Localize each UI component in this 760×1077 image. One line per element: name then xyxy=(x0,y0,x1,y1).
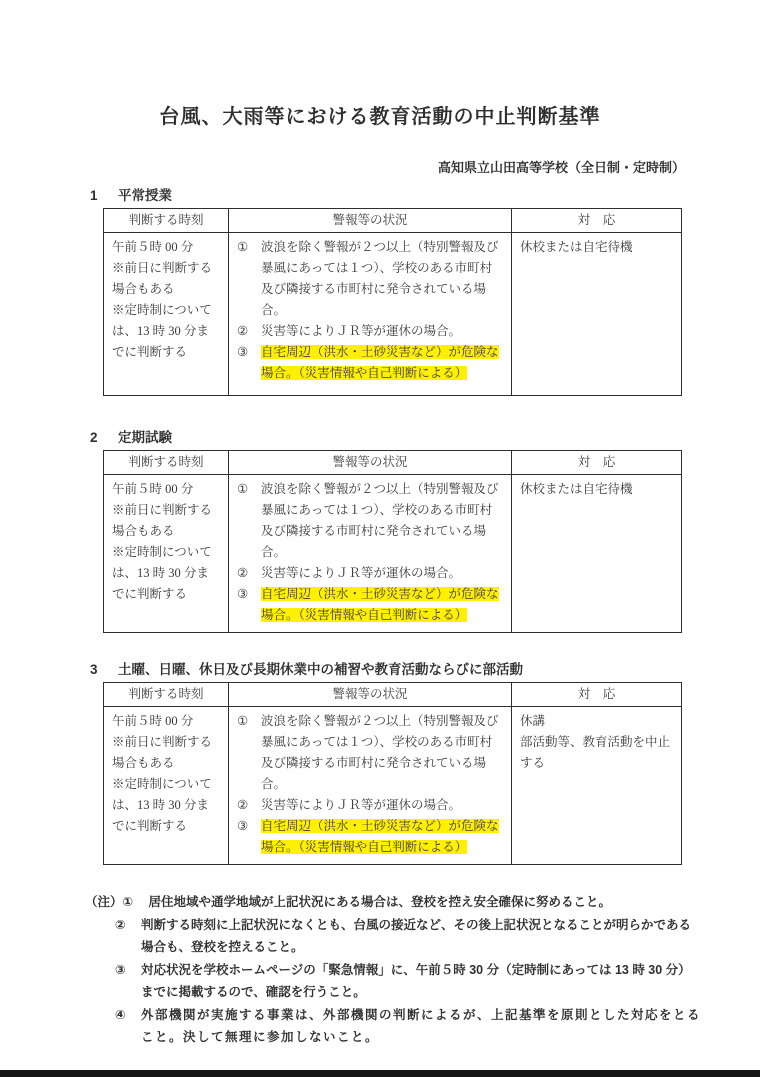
condition-item-highlighted: ③ 自宅周辺（洪水・土砂災害など）が危険な場合。（災害情報や自己判断による） xyxy=(237,342,503,384)
note-item: ③ 対応状況を学校ホームページの「緊急情報」に、午前５時 30 分（定時制にあっ… xyxy=(85,959,703,1004)
condition-number: ① xyxy=(237,711,261,795)
col-header-warning-status: 警報等の状況 xyxy=(229,209,512,233)
rules-table-holiday-activities: 判断する時刻 警報等の状況 対 応 午前５時 00 分 ※前日に判断する場合もあ… xyxy=(103,682,682,865)
condition-item: ② 災害等によりＪＲ等が運休の場合。 xyxy=(237,321,503,342)
condition-number: ① xyxy=(237,479,261,563)
col-header-response: 対 応 xyxy=(512,209,682,233)
note-item: ④ 外部機関が実施する事業は、外部機関の判断によるが、上記基準を原則とした対応を… xyxy=(85,1004,703,1049)
condition-number: ③ xyxy=(237,816,261,858)
condition-number: ② xyxy=(237,563,261,584)
condition-item: ① 波浪を除く警報が２つ以上（特別警報及び暴風にあっては１つ）、学校のある市町村… xyxy=(237,479,503,563)
section-number: 2 xyxy=(90,430,118,445)
condition-text: 災害等によりＪＲ等が運休の場合。 xyxy=(261,563,503,584)
note-text: 居住地域や通学地域が上記状況にある場合は、登校を控え安全確保に努めること。 xyxy=(149,891,703,914)
time-line: ※前日に判断する場合もある xyxy=(112,500,220,542)
note-text: 判断する時刻に上記状況になくとも、台風の接近など、その後上記状況となることが明ら… xyxy=(141,914,703,959)
rules-table-periodic-exams: 判断する時刻 警報等の状況 対 応 午前５時 00 分 ※前日に判断する場合もあ… xyxy=(103,450,682,633)
section-periodic-exams: 2定期試験 判断する時刻 警報等の状況 対 応 午前５時 00 分 ※前日に判断… xyxy=(0,426,760,633)
col-header-decision-time: 判断する時刻 xyxy=(104,451,229,475)
notes-label-spacer xyxy=(85,914,115,959)
table-body-row: 午前５時 00 分 ※前日に判断する場合もある ※定時制については、13 時 3… xyxy=(104,233,682,396)
response-cell: 休校または自宅待機 xyxy=(512,233,682,396)
col-header-response: 対 応 xyxy=(512,451,682,475)
condition-number: ③ xyxy=(237,584,261,626)
note-number: ④ xyxy=(115,1004,141,1049)
time-line: ※前日に判断する場合もある xyxy=(112,732,220,774)
section-title: 定期試験 xyxy=(118,430,172,445)
table-header-row: 判断する時刻 警報等の状況 対 応 xyxy=(104,683,682,707)
response-line: 休講 xyxy=(520,711,673,732)
notes-label-spacer xyxy=(85,959,115,1004)
col-header-warning-status: 警報等の状況 xyxy=(229,451,512,475)
condition-item: ① 波浪を除く警報が２つ以上（特別警報及び暴風にあっては１つ）、学校のある市町村… xyxy=(237,711,503,795)
col-header-decision-time: 判断する時刻 xyxy=(104,209,229,233)
note-item: （注） ① 居住地域や通学地域が上記状況にある場合は、登校を控え安全確保に努める… xyxy=(85,891,703,914)
time-line: 午前５時 00 分 xyxy=(112,237,220,258)
condition-text: 波浪を除く警報が２つ以上（特別警報及び暴風にあっては１つ）、学校のある市町村及び… xyxy=(261,237,503,321)
response-line: 部活動等、教育活動を中止する xyxy=(520,732,673,774)
scan-edge-bar xyxy=(0,1070,760,1077)
col-header-warning-status: 警報等の状況 xyxy=(229,683,512,707)
document-title: 台風、大雨等における教育活動の中止判断基準 xyxy=(0,0,760,129)
decision-time-cell: 午前５時 00 分 ※前日に判断する場合もある ※定時制については、13 時 3… xyxy=(104,475,229,633)
note-number: ③ xyxy=(115,959,141,1004)
decision-time-cell: 午前５時 00 分 ※前日に判断する場合もある ※定時制については、13 時 3… xyxy=(104,707,229,865)
condition-item: ② 災害等によりＪＲ等が運休の場合。 xyxy=(237,795,503,816)
response-cell: 休講 部活動等、教育活動を中止する xyxy=(512,707,682,865)
warning-status-cell: ① 波浪を除く警報が２つ以上（特別警報及び暴風にあっては１つ）、学校のある市町村… xyxy=(229,475,512,633)
section-heading: 3土曜、日曜、休日及び長期休業中の補習や教育活動ならびに部活動 xyxy=(90,658,760,678)
response-cell: 休校または自宅待機 xyxy=(512,475,682,633)
condition-text: 災害等によりＪＲ等が運休の場合。 xyxy=(261,321,503,342)
notes-label-spacer xyxy=(85,1004,115,1049)
col-header-response: 対 応 xyxy=(512,683,682,707)
warning-status-cell: ① 波浪を除く警報が２つ以上（特別警報及び暴風にあっては１つ）、学校のある市町村… xyxy=(229,707,512,865)
note-text: 外部機関が実施する事業は、外部機関の判断によるが、上記基準を原則とした対応をとる… xyxy=(141,1004,703,1049)
table-body-row: 午前５時 00 分 ※前日に判断する場合もある ※定時制については、13 時 3… xyxy=(104,475,682,633)
section-title: 土曜、日曜、休日及び長期休業中の補習や教育活動ならびに部活動 xyxy=(118,662,523,677)
time-line: ※定時制については、13 時 30 分までに判断する xyxy=(112,300,220,363)
condition-text-highlighted: 自宅周辺（洪水・土砂災害など）が危険な場合。（災害情報や自己判断による） xyxy=(261,584,503,626)
table-body-row: 午前５時 00 分 ※前日に判断する場合もある ※定時制については、13 時 3… xyxy=(104,707,682,865)
time-line: 午前５時 00 分 xyxy=(112,711,220,732)
notes-block: （注） ① 居住地域や通学地域が上記状況にある場合は、登校を控え安全確保に努める… xyxy=(85,891,703,1049)
section-heading: 2定期試験 xyxy=(90,426,760,446)
section-heading: 1平常授業 xyxy=(90,184,760,204)
document-page: 台風、大雨等における教育活動の中止判断基準 高知県立山田高等学校（全日制・定時制… xyxy=(0,0,760,1077)
note-number: ① xyxy=(123,891,149,914)
note-item: ② 判断する時刻に上記状況になくとも、台風の接近など、その後上記状況となることが… xyxy=(85,914,703,959)
decision-time-cell: 午前５時 00 分 ※前日に判断する場合もある ※定時制については、13 時 3… xyxy=(104,233,229,396)
table-header-row: 判断する時刻 警報等の状況 対 応 xyxy=(104,209,682,233)
condition-text: 波浪を除く警報が２つ以上（特別警報及び暴風にあっては１つ）、学校のある市町村及び… xyxy=(261,711,503,795)
condition-item-highlighted: ③ 自宅周辺（洪水・土砂災害など）が危険な場合。（災害情報や自己判断による） xyxy=(237,816,503,858)
condition-item-highlighted: ③ 自宅周辺（洪水・土砂災害など）が危険な場合。（災害情報や自己判断による） xyxy=(237,584,503,626)
time-line: ※定時制については、13 時 30 分までに判断する xyxy=(112,774,220,837)
condition-number: ③ xyxy=(237,342,261,384)
section-holiday-activities: 3土曜、日曜、休日及び長期休業中の補習や教育活動ならびに部活動 判断する時刻 警… xyxy=(0,658,760,865)
section-title: 平常授業 xyxy=(118,188,172,203)
condition-item: ② 災害等によりＪＲ等が運休の場合。 xyxy=(237,563,503,584)
table-header-row: 判断する時刻 警報等の状況 対 応 xyxy=(104,451,682,475)
note-text: 対応状況を学校ホームページの「緊急情報」に、午前５時 30 分（定時制にあっては… xyxy=(141,959,703,1004)
condition-number: ① xyxy=(237,237,261,321)
section-number: 1 xyxy=(90,188,118,203)
condition-number: ② xyxy=(237,795,261,816)
section-number: 3 xyxy=(90,662,118,677)
section-normal-classes: 1平常授業 判断する時刻 警報等の状況 対 応 午前５時 00 分 ※前日に判断… xyxy=(0,184,760,396)
time-line: ※前日に判断する場合もある xyxy=(112,258,220,300)
note-number: ② xyxy=(115,914,141,959)
rules-table-normal-classes: 判断する時刻 警報等の状況 対 応 午前５時 00 分 ※前日に判断する場合もあ… xyxy=(103,208,682,396)
condition-item: ① 波浪を除く警報が２つ以上（特別警報及び暴風にあっては１つ）、学校のある市町村… xyxy=(237,237,503,321)
time-line: 午前５時 00 分 xyxy=(112,479,220,500)
condition-text: 災害等によりＪＲ等が運休の場合。 xyxy=(261,795,503,816)
notes-label: （注） xyxy=(85,891,123,914)
response-line: 休校または自宅待機 xyxy=(520,237,673,258)
warning-status-cell: ① 波浪を除く警報が２つ以上（特別警報及び暴風にあっては１つ）、学校のある市町村… xyxy=(229,233,512,396)
school-name: 高知県立山田高等学校（全日制・定時制） xyxy=(0,157,760,176)
time-line: ※定時制については、13 時 30 分までに判断する xyxy=(112,542,220,605)
col-header-decision-time: 判断する時刻 xyxy=(104,683,229,707)
condition-number: ② xyxy=(237,321,261,342)
condition-text: 波浪を除く警報が２つ以上（特別警報及び暴風にあっては１つ）、学校のある市町村及び… xyxy=(261,479,503,563)
condition-text-highlighted: 自宅周辺（洪水・土砂災害など）が危険な場合。（災害情報や自己判断による） xyxy=(261,816,503,858)
condition-text-highlighted: 自宅周辺（洪水・土砂災害など）が危険な場合。（災害情報や自己判断による） xyxy=(261,342,503,384)
response-line: 休校または自宅待機 xyxy=(520,479,673,500)
